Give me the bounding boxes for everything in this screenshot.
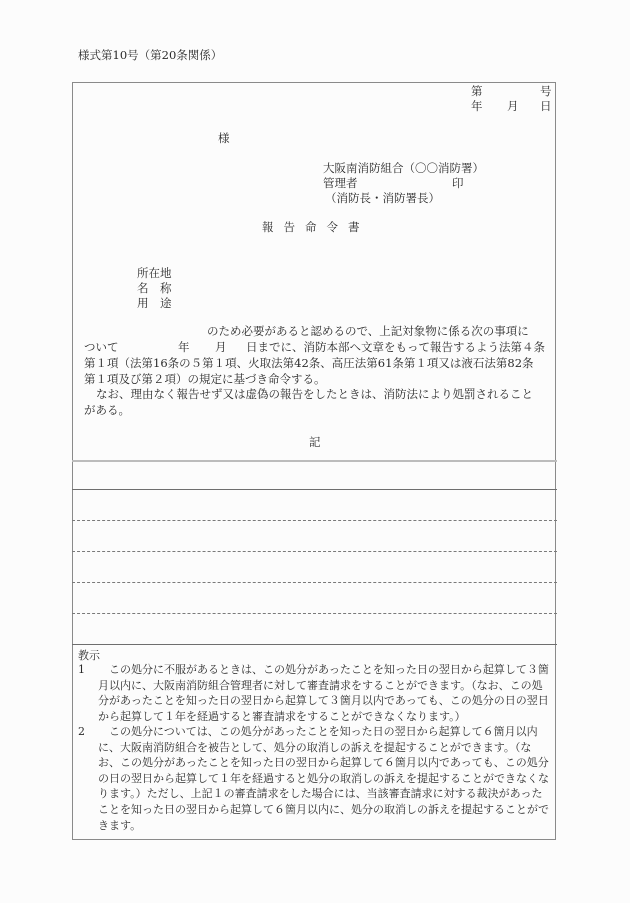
issuer-role-note: （消防長・消防署長）: [325, 190, 440, 206]
doc-number-prefix: 第: [471, 83, 483, 99]
row-rule-dashed: [72, 613, 557, 614]
instructions-heading: 教示: [78, 647, 100, 663]
row-rule-dashed: [72, 582, 557, 583]
seal-mark: 印: [452, 175, 464, 191]
instruction-item-1: 1 この処分に不服があるときは、この処分があったことを知った日の翌日から起算して…: [78, 662, 552, 724]
row-rule-dashed: [72, 551, 557, 552]
doc-number-suffix: 号: [540, 83, 552, 99]
instruction-item-2: 2 この処分については、この処分があったことを知った日の翌日から起算して６箇月以…: [78, 724, 552, 833]
row-rule: [72, 489, 557, 490]
issuer-organization: 大阪南消防組合（〇〇消防署）: [323, 160, 484, 176]
body-line-3: 第１項（法第16条の５第１項、火取法第42条、高圧法第61条第１項又は液石法第8…: [84, 355, 534, 371]
ki-mark: 記: [309, 434, 321, 450]
document-title: 報告命令書: [262, 219, 370, 235]
body-line-6: がある。: [84, 402, 130, 418]
instruction-number: 1: [78, 662, 85, 678]
addressee-suffix: 様: [218, 130, 230, 146]
instructions-divider: [72, 644, 557, 645]
body-line-1: のため必要があると認めるので、上記対象物に係る次の事項に: [207, 323, 529, 339]
date-year: 年: [471, 98, 483, 114]
issuer-role: 管理者: [323, 175, 358, 191]
field-use-label: 用 途: [137, 295, 172, 311]
row-rule-dashed: [72, 520, 557, 521]
body-line-2b: 日までに、消防本部へ文章をもって報告するよう法第４条: [246, 339, 545, 355]
field-name-label: 名 称: [137, 280, 172, 296]
instruction-number: 2: [78, 724, 85, 740]
instruction-text: この処分については、この処分があったことを知った日の翌日から起算して６箇月以内に…: [90, 724, 552, 833]
body-line-2-month: 月: [215, 339, 227, 355]
body-line-5: なお、理由なく報告せず又は虚偽の報告をしたときは、消防法により処罰されること: [96, 386, 533, 402]
body-line-2a: ついて: [84, 339, 119, 355]
date-day: 日: [540, 98, 552, 114]
date-month: 月: [507, 98, 519, 114]
body-line-2-year: 年: [178, 339, 190, 355]
field-location-label: 所在地: [137, 265, 172, 281]
form-label: 様式第10号（第20条関係）: [78, 47, 222, 63]
section-divider: [72, 460, 557, 462]
body-line-4: 第１項及び第２項）の規定に基づき命令する。: [84, 371, 326, 387]
instruction-text: この処分に不服があるときは、この処分があったことを知った日の翌日から起算して３箇…: [90, 662, 552, 724]
